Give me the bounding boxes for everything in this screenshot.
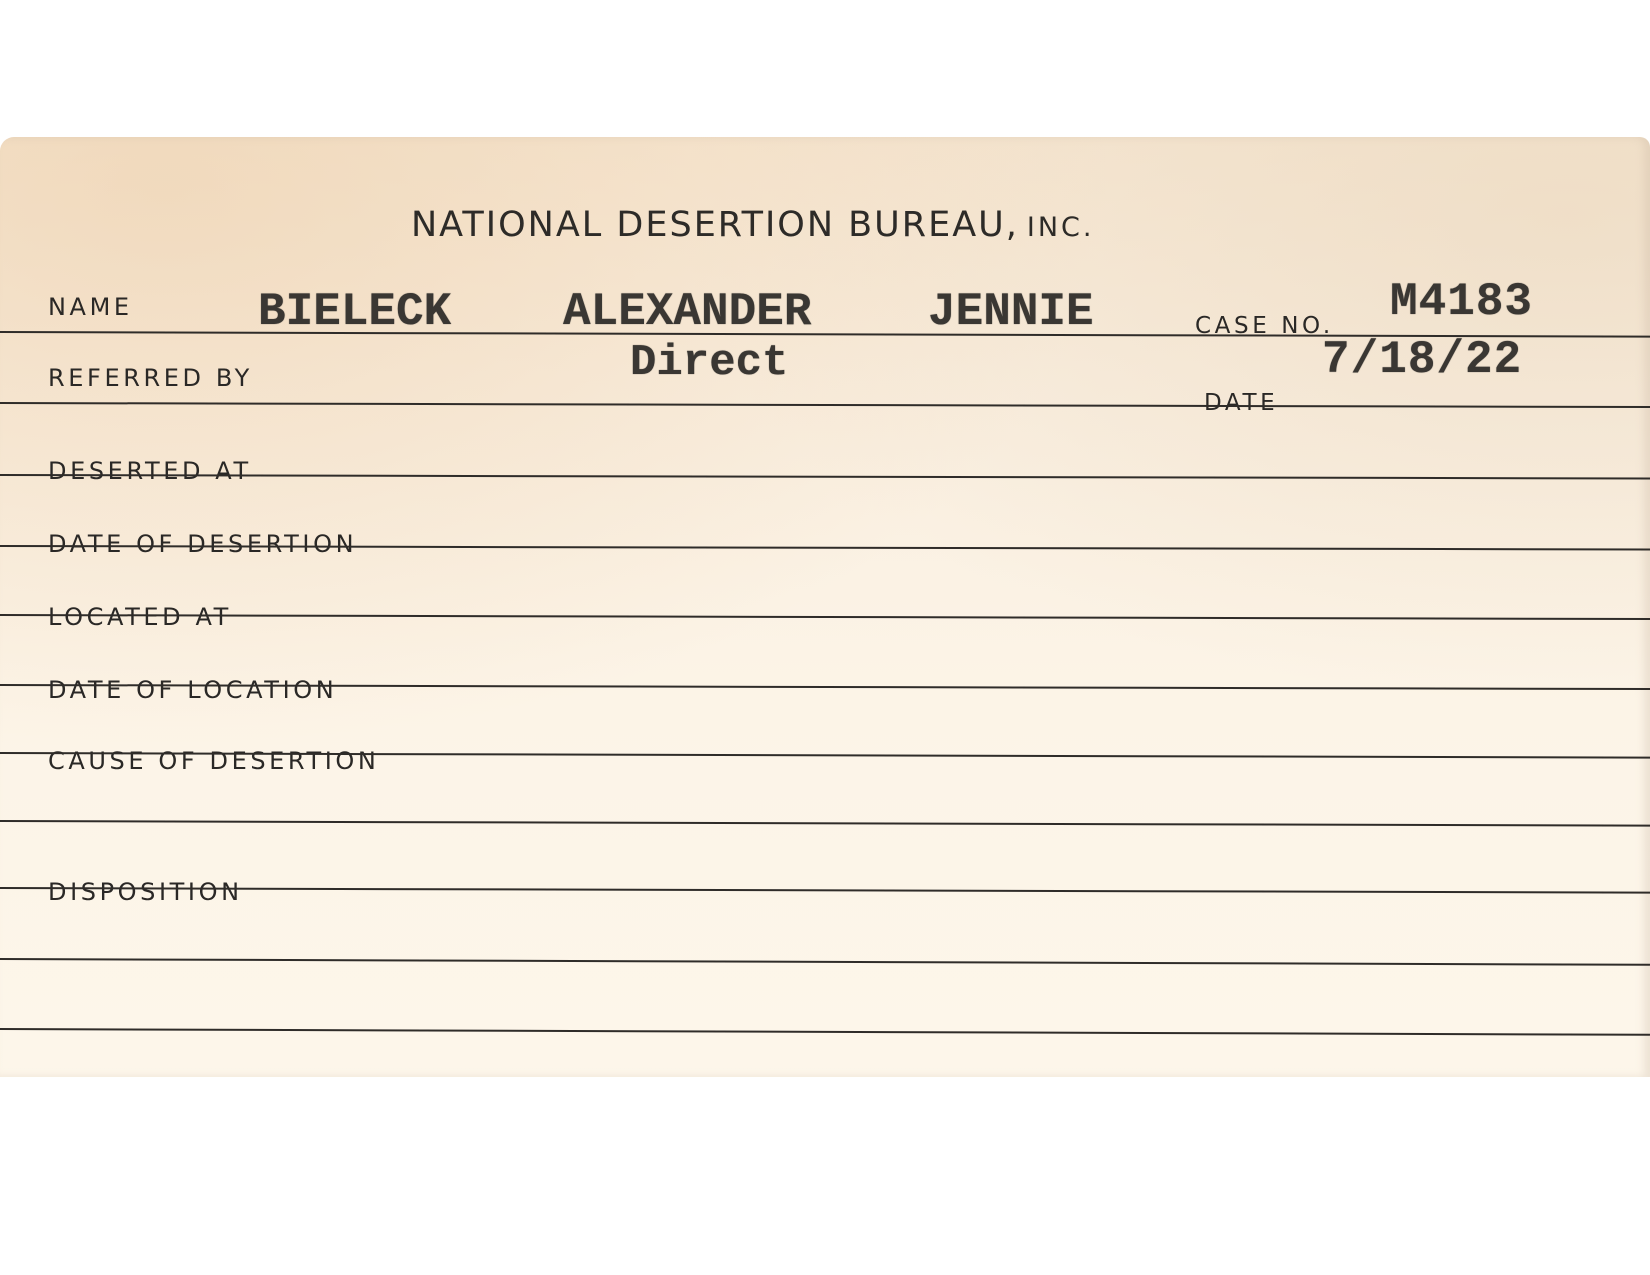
- card-title-suffix: INC.: [1027, 212, 1095, 243]
- date-value: 7/18/22: [1322, 334, 1522, 386]
- deserted-at-label: DESERTED AT: [48, 457, 252, 485]
- name-label: NAME: [48, 293, 133, 321]
- card-title: NATIONAL DESERTION BUREAU,INC.: [411, 205, 1095, 245]
- located-at-label: LOCATED AT: [48, 603, 232, 631]
- referred-by-value: Direct: [630, 338, 788, 388]
- date-label: DATE: [1204, 390, 1278, 416]
- date-of-location-label: DATE OF LOCATION: [48, 676, 337, 704]
- name-surname-value: BIELECK: [258, 286, 451, 338]
- name-given-2-value: JENNIE: [928, 286, 1094, 338]
- case-no-value: M4183: [1390, 276, 1533, 328]
- disposition-label: DISPOSITION: [48, 878, 243, 906]
- date-of-desertion-label: DATE OF DESERTION: [48, 530, 357, 558]
- name-given-1-value: ALEXANDER: [563, 286, 811, 338]
- cause-of-desertion-label: CAUSE OF DESERTION: [48, 747, 379, 775]
- card-title-main: NATIONAL DESERTION BUREAU,: [411, 205, 1019, 245]
- referred-by-label: REFERRED BY: [48, 364, 253, 392]
